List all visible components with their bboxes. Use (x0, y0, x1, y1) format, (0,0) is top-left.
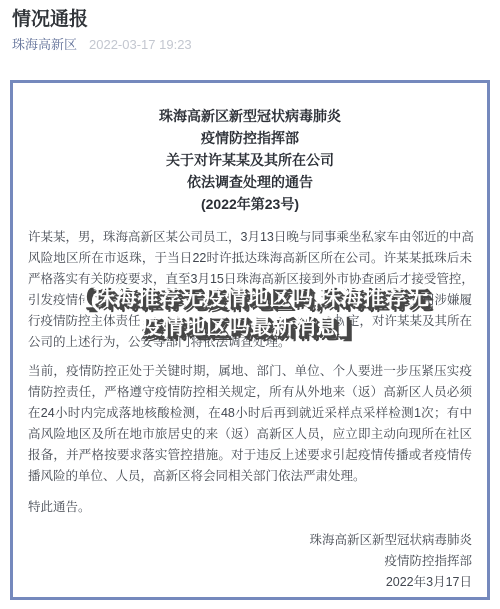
body-line: 风险地区所在市返珠，于当日22时许抵达珠海高新区所在公司。许某某抵珠后未 (28, 248, 472, 269)
source-name[interactable]: 珠海高新区 (12, 36, 77, 54)
body-line: 报备，并严格按要求落实管控措施。对于违反上述要求引起疫情传播或者疫情传 (28, 445, 472, 466)
notice-title-line: 疫情防控指挥部 (28, 127, 472, 149)
notice-body: 许某某，男，珠海高新区某公司员工，3月13日晚与同事乘坐私家车由邻近的中高 风险… (28, 227, 472, 593)
signature-block: 珠海高新区新型冠状病毒肺炎 疫情防控指挥部 2022年3月17日 (28, 530, 472, 593)
body-line: 播风险的单位、人员，高新区将会同相关部门依法严肃处理。 (28, 466, 472, 487)
notice-title-line: 关于对许某某及其所在公司 (28, 149, 472, 171)
notice-card: 珠海高新区新型冠状病毒肺炎 疫情防控指挥部 关于对许某某及其所在公司 依法调查处… (10, 80, 490, 600)
signature-date: 2022年3月17日 (28, 572, 472, 593)
body-line: 情防控责任，严格遵守疫情防控相关规定，所有从外地来（返）高新区人员必须 (28, 382, 472, 403)
watermark-caption-overlay: 【珠海推荐无疫情地区吗,珠海推荐无疫情地区吗最新消息】 (65, 283, 435, 341)
body-line: 高风险地区及所在地市旅居史的来（返）高新区人员，应立即主动向现所在社区 (28, 424, 472, 445)
notice-title-line: 依法调查处理的通告 (28, 171, 472, 193)
meta-row: 珠海高新区 2022-03-17 19:23 (12, 36, 488, 54)
body-line: 在24小时内完成落地核酸检测，在48小时后再到就近采样点采样检测1次；有中 (28, 403, 472, 424)
body-line: 许某某，男，珠海高新区某公司员工，3月13日晚与同事乘坐私家车由邻近的中高 (28, 227, 472, 248)
notice-title: 珠海高新区新型冠状病毒肺炎 疫情防控指挥部 关于对许某某及其所在公司 依法调查处… (28, 105, 472, 215)
signature-line: 珠海高新区新型冠状病毒肺炎 (28, 530, 472, 551)
paragraph-2: 当前，疫情防控正处于关键时期，属地、部门、单位、个人要进一步压紧压实疫 情防控责… (28, 361, 472, 487)
body-line: 当前，疫情防控正处于关键时期，属地、部门、单位、个人要进一步压紧压实疫 (28, 361, 472, 382)
notice-doc-number: (2022年第23号) (28, 193, 472, 215)
notice-title-line: 珠海高新区新型冠状病毒肺炎 (28, 105, 472, 127)
publish-timestamp: 2022-03-17 19:23 (89, 36, 192, 54)
closing-statement: 特此通告。 (28, 497, 472, 518)
page-title: 情况通报 (12, 7, 488, 33)
page-header: 情况通报 珠海高新区 2022-03-17 19:23 (0, 0, 500, 54)
signature-line: 疫情防控指挥部 (28, 551, 472, 572)
